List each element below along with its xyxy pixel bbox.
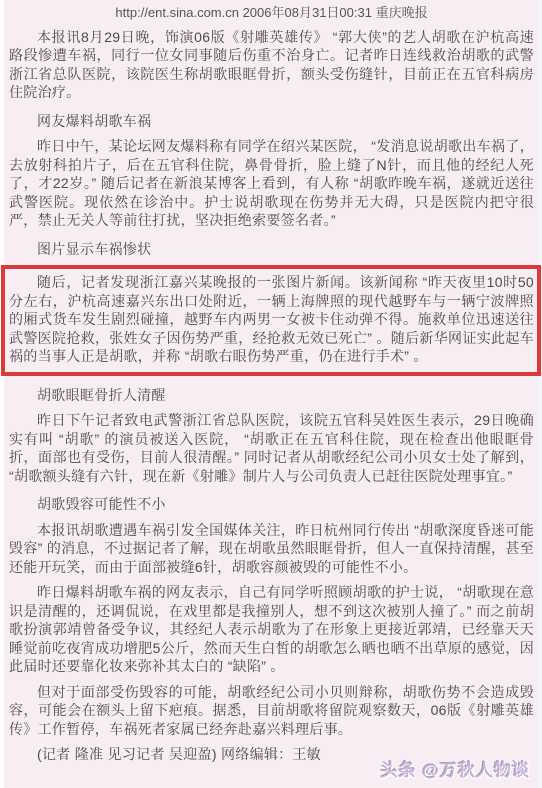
paragraph-fracture-awake: 昨日下午记者致电武警浙江省总队医院，该院五官科吴姓医生表示，29日晚确实有叫 “… [9,411,534,485]
paragraph-disfigure-risk-3: 但对于面部受伤毁容的可能，胡歌经纪公司小贝则辩称，胡歌伤势不会造成毁容，可能会在… [9,683,534,739]
paragraph-disfigure-risk-2: 昨日爆料胡歌车祸的网友表示，自己有同学听照顾胡歌的护士说， “胡歌现在意识是清醒… [9,583,534,676]
section-heading-photo-news: 图片显示车祸惨状 [9,240,534,259]
paragraph-netizen-report: 昨日中午，某论坛网友爆料称有同学在绍兴某医院， “发消息说胡歌出车祸了，去放射科… [9,137,534,230]
section-heading-disfigure-risk: 胡歌毁容可能性不小 [9,495,534,514]
paragraph-disfigure-risk-1: 本报讯胡歌遭遇车祸引发全国媒体关注，昨日杭州同行传出 “胡歌深度昏迷可能毁容” … [9,521,534,577]
highlight-box: 随后，记者发现浙江嘉兴某晚报的一张图片新闻。该新闻称 “昨天夜里10时50分左右… [1,265,541,376]
watermark-badge: 头条 @万秋人物谈 [381,762,530,781]
article-page: http://ent.sina.com.cn 2006年08月31日00:31 … [0,0,542,788]
lead-paragraph: 本报讯8月29日晚，饰演06版《射雕英雄传》 “郭大侠”的艺人胡歌在沪杭高速路段… [9,28,534,102]
section-heading-netizen-report: 网友爆料胡歌车祸 [9,112,534,131]
paragraph-photo-news: 随后，记者发现浙江嘉兴某晚报的一张图片新闻。该新闻称 “昨天夜里10时50分左右… [9,273,534,366]
section-heading-fracture-awake: 胡歌眼眶骨折人清醒 [9,386,534,405]
source-header: http://ent.sina.com.cn 2006年08月31日00:31 … [9,4,534,23]
